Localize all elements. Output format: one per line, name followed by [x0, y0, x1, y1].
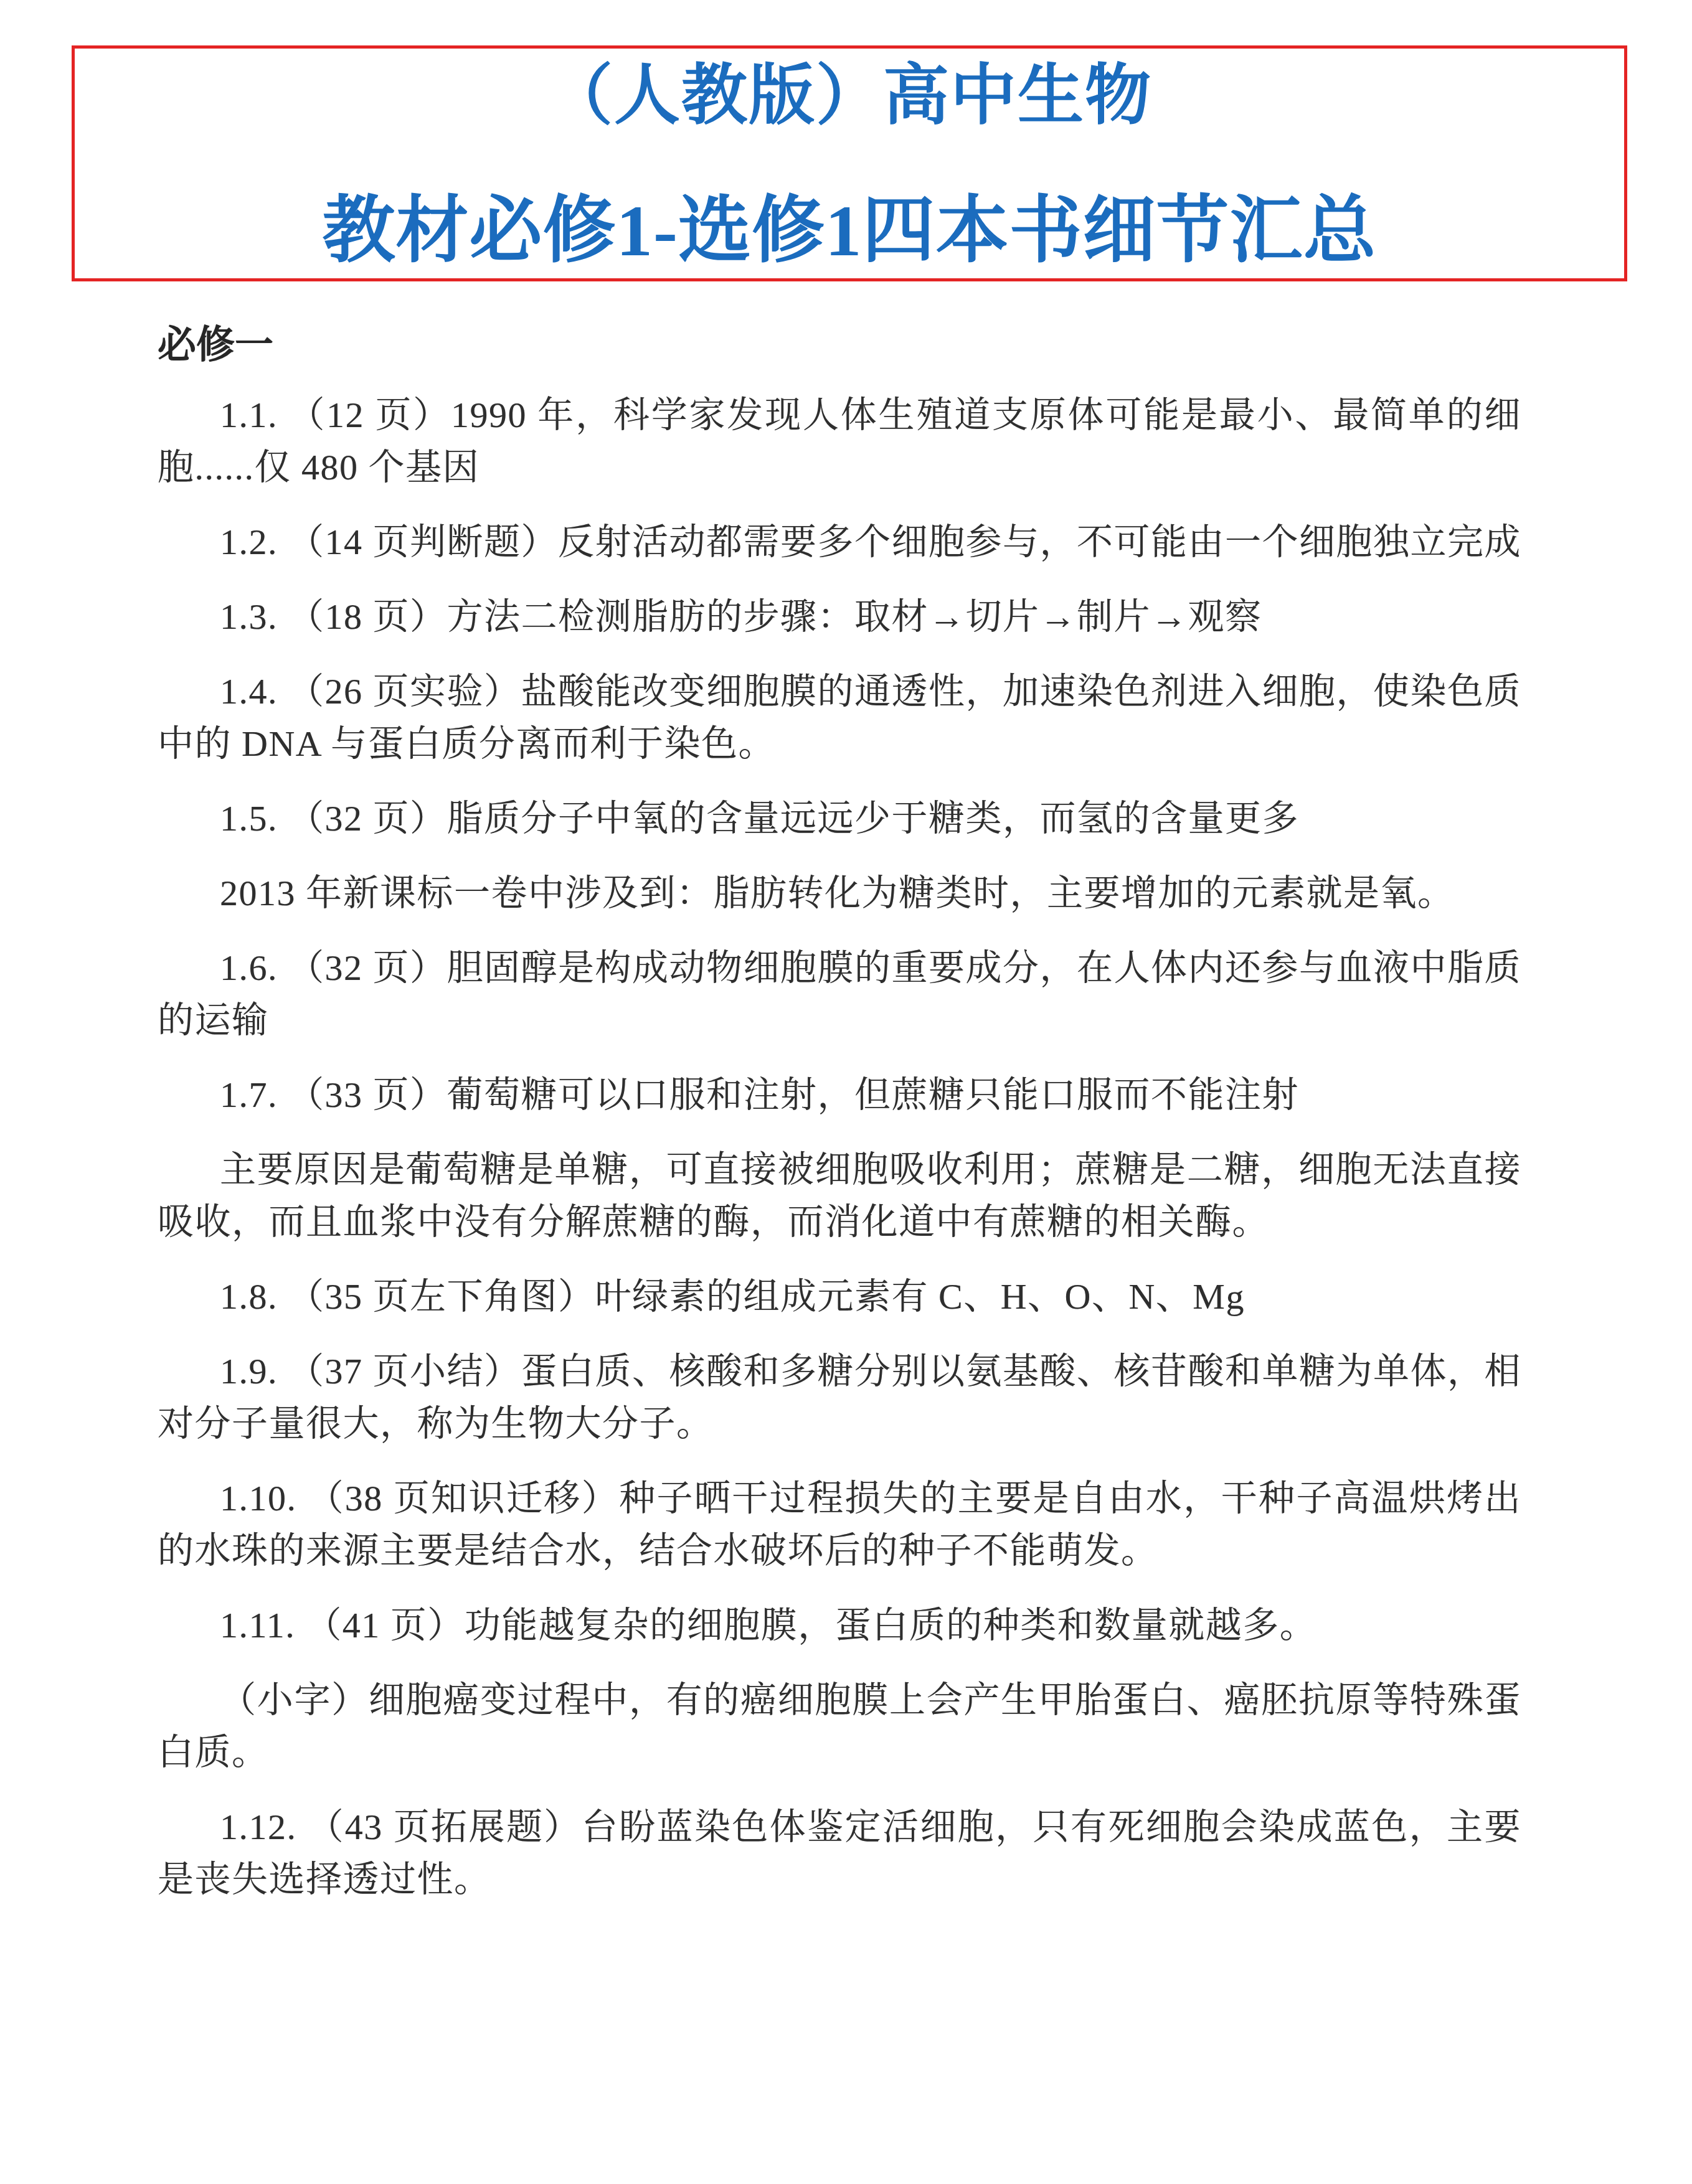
title-line-2: 教材必修1-选修1四本书细节汇总: [323, 186, 1377, 277]
paragraph-1-6: 1.6. （32 页）胆固醇是构成动物细胞膜的重要成分，在人体内还参与血液中脂质…: [158, 942, 1521, 1047]
title-line-1: （人教版）高中生物: [547, 51, 1152, 140]
paragraph-1-4: 1.4. （26 页实验）盐酸能改变细胞膜的通透性，加速染色剂进入细胞，使染色质…: [158, 666, 1521, 770]
document-page: （人教版）高中生物 教材必修1-选修1四本书细节汇总 必修一 1.1. （12 …: [0, 0, 1692, 2184]
paragraph-note-small-print: （小字）细胞癌变过程中，有的癌细胞膜上会产生甲胎蛋白、癌胚抗原等特殊蛋白质。: [158, 1674, 1521, 1779]
paragraph-1-11: 1.11. （41 页）功能越复杂的细胞膜，蛋白质的种类和数量就越多。: [158, 1599, 1521, 1652]
paragraph-1-9: 1.9. （37 页小结）蛋白质、核酸和多糖分别以氨基酸、核苷酸和单糖为单体，相…: [158, 1345, 1521, 1450]
section-heading: 必修一: [158, 322, 1521, 367]
paragraph-1-1: 1.1. （12 页）1990 年，科学家发现人体生殖道支原体可能是最小、最简单…: [158, 389, 1521, 494]
document-content: 必修一 1.1. （12 页）1990 年，科学家发现人体生殖道支原体可能是最小…: [158, 322, 1521, 1906]
paragraph-1-7: 1.7. （33 页）葡萄糖可以口服和注射，但蔗糖只能口服而不能注射: [158, 1069, 1521, 1121]
title-box: （人教版）高中生物 教材必修1-选修1四本书细节汇总: [72, 45, 1627, 281]
paragraph-1-2: 1.2. （14 页判断题）反射活动都需要多个细胞参与，不可能由一个细胞独立完成: [158, 516, 1521, 568]
paragraph-1-3: 1.3. （18 页）方法二检测脂肪的步骤：取材→切片→制片→观察: [158, 591, 1521, 643]
paragraph-1-10: 1.10. （38 页知识迁移）种子晒干过程损失的主要是自由水，干种子高温烘烤出…: [158, 1472, 1521, 1577]
paragraph-note-2013: 2013 年新课标一卷中涉及到：脂肪转化为糖类时，主要增加的元素就是氧。: [158, 867, 1521, 920]
paragraph-1-5: 1.5. （32 页）脂质分子中氧的含量远远少于糖类，而氢的含量更多: [158, 793, 1521, 845]
paragraph-1-8: 1.8. （35 页左下角图）叶绿素的组成元素有 C、H、O、N、Mg: [158, 1271, 1521, 1323]
paragraph-1-12: 1.12. （43 页拓展题）台盼蓝染色体鉴定活细胞，只有死细胞会染成蓝色，主要…: [158, 1801, 1521, 1906]
paragraph-note-reason: 主要原因是葡萄糖是单糖，可直接被细胞吸收利用；蔗糖是二糖，细胞无法直接吸收，而且…: [158, 1144, 1521, 1248]
